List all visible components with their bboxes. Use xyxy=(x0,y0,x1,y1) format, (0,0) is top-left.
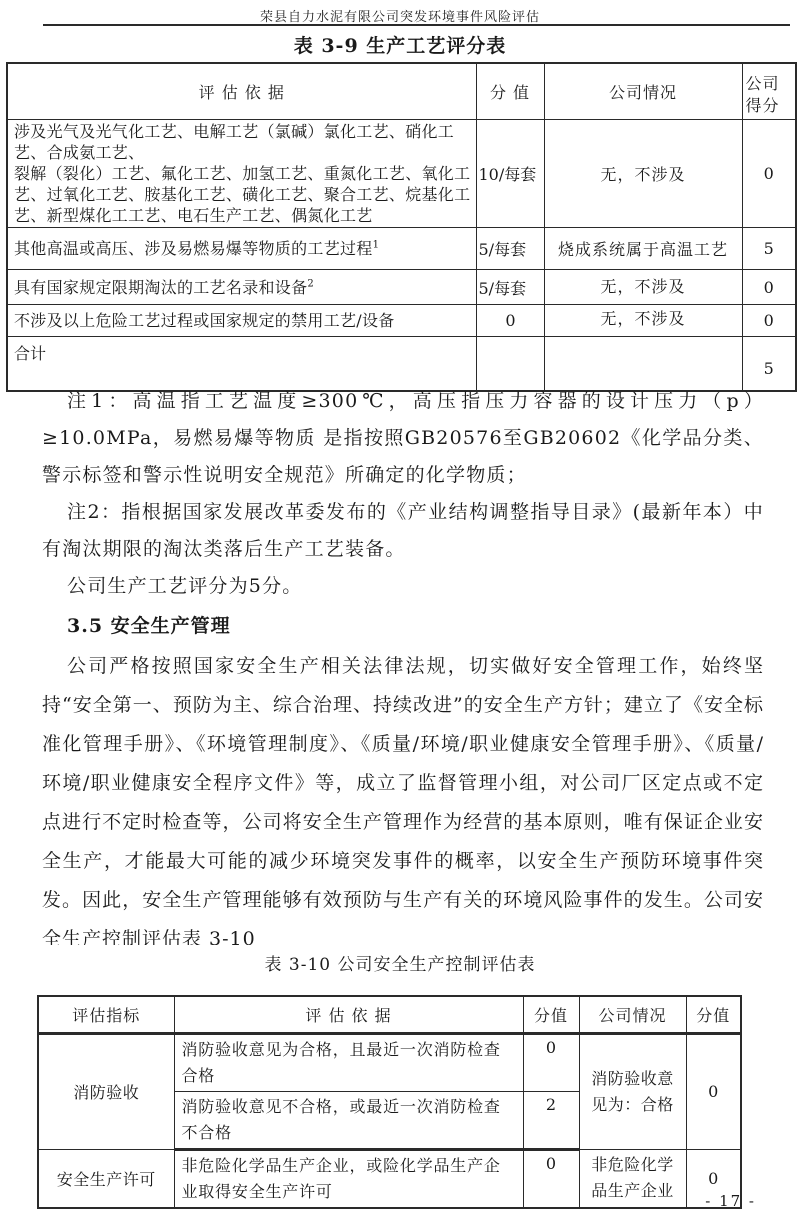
column-header-basis: 评 估 依 据 xyxy=(7,63,476,120)
cell-company: 烧成系统属于高温工艺 xyxy=(544,228,742,270)
cell-score: 2 xyxy=(523,1091,579,1149)
column-header-company: 公司情况 xyxy=(544,63,742,120)
column-header-basis: 评 估 依 据 xyxy=(174,996,523,1033)
cell-basis: 消防验收意见为合格，且最近一次消防检查合格 xyxy=(174,1033,523,1091)
cell-score: 0 xyxy=(476,305,544,337)
column-header-score: 分 值 xyxy=(476,63,544,120)
cell-score: 0 xyxy=(523,1149,579,1208)
body-paragraph: 公司严格按照国家安全生产相关法律法规，切实做好安全管理工作，始终坚持“安全第一、… xyxy=(42,647,764,945)
cell-basis: 其他高温或高压、涉及易燃易爆等物质的工艺过程1 xyxy=(7,228,476,270)
table-39-title: 表 3-9 生产工艺评分表 xyxy=(0,31,800,58)
cell-company-score: 0 xyxy=(742,120,796,228)
document-page: 荣县自力水泥有限公司突发环境事件风险评估 表 3-9 生产工艺评分表 评 估 依… xyxy=(0,0,800,1231)
page-number: - 17 - xyxy=(705,1192,756,1210)
document-header: 荣县自力水泥有限公司突发环境事件风险评估 xyxy=(0,6,800,25)
cell-company-score: 5 xyxy=(742,228,796,270)
cell-basis-text: 具有国家规定限期淘汰的工艺名录和设备 xyxy=(14,278,307,297)
cell-company: 消防验收意见为：合格 xyxy=(579,1033,686,1149)
column-header-score: 分值 xyxy=(523,996,579,1033)
section-heading: 3.5 安全生产管理 xyxy=(42,605,764,647)
header-divider xyxy=(43,24,790,26)
table-row: 其他高温或高压、涉及易燃易爆等物质的工艺过程1 5/每套 烧成系统属于高温工艺 … xyxy=(7,228,796,270)
column-header-company: 公司情况 xyxy=(579,996,686,1033)
table-row: 涉及光气及光气化工艺、电解工艺（氯碱）氯化工艺、硝化工艺、合成氨工艺、 裂解（裂… xyxy=(7,120,796,228)
score-summary: 公司生产工艺评分为5分。 xyxy=(42,568,764,605)
cell-company-score: 0 xyxy=(686,1033,741,1149)
cell-indicator: 安全生产许可 xyxy=(38,1149,174,1208)
table-310-title: 表 3-10 公司安全生产控制评估表 xyxy=(0,950,800,975)
text-block: 注1：高温指工艺温度≥300℃，高压指压力容器的设计压力（p）≥10.0MPa，… xyxy=(42,383,764,945)
table-39: 评 估 依 据 分 值 公司情况 公司得分 涉及光气及光气化工艺、电解工艺（氯碱… xyxy=(6,62,797,392)
cell-basis: 非危险化学品生产企业，或险化学品生产企业取得安全生产许可 xyxy=(174,1149,523,1208)
cell-score: 10/每套 xyxy=(476,120,544,228)
note-1: 注1：高温指工艺温度≥300℃，高压指压力容器的设计压力（p）≥10.0MPa，… xyxy=(42,383,764,494)
cell-company: 无，不涉及 xyxy=(544,270,742,305)
table-310: 评估指标 评 估 依 据 分值 公司情况 分值 消防验收 消防验收意见为合格，且… xyxy=(37,995,742,1209)
cell-basis-text: 其他高温或高压、涉及易燃易爆等物质的工艺过程 xyxy=(14,239,373,258)
table-row: 评 估 依 据 分 值 公司情况 公司得分 xyxy=(7,63,796,120)
cell-basis: 不涉及以上危险工艺过程或国家规定的禁用工艺/设备 xyxy=(7,305,476,337)
column-header-indicator: 评估指标 xyxy=(38,996,174,1033)
table-row: 消防验收 消防验收意见为合格，且最近一次消防检查合格 0 消防验收意见为：合格 … xyxy=(38,1033,741,1091)
table-row: 评估指标 评 估 依 据 分值 公司情况 分值 xyxy=(38,996,741,1033)
footnote-marker: 1 xyxy=(373,240,380,251)
column-header-company-score: 公司得分 xyxy=(742,63,796,120)
cell-indicator: 消防验收 xyxy=(38,1033,174,1149)
footnote-marker: 2 xyxy=(307,278,314,289)
table-row: 具有国家规定限期淘汰的工艺名录和设备2 5/每套 无，不涉及 0 xyxy=(7,270,796,305)
column-header-company-score: 分值 xyxy=(686,996,741,1033)
table-row: 安全生产许可 非危险化学品生产企业，或险化学品生产企业取得安全生产许可 0 非危… xyxy=(38,1149,741,1208)
cell-company: 无，不涉及 xyxy=(544,120,742,228)
table-row: 不涉及以上危险工艺过程或国家规定的禁用工艺/设备 0 无，不涉及 0 xyxy=(7,305,796,337)
cell-score: 5/每套 xyxy=(476,228,544,270)
note-2: 注2：指根据国家发展改革委发布的《产业结构调整指导目录》(最新年本）中有淘汰期限… xyxy=(42,494,764,568)
cell-basis: 消防验收意见不合格，或最近一次消防检查不合格 xyxy=(174,1091,523,1149)
cell-company: 非危险化学品生产企业 xyxy=(579,1149,686,1208)
cell-score: 5/每套 xyxy=(476,270,544,305)
cell-score: 0 xyxy=(523,1033,579,1091)
cell-company: 无，不涉及 xyxy=(544,305,742,337)
cell-company-score: 0 xyxy=(742,305,796,337)
cell-basis: 涉及光气及光气化工艺、电解工艺（氯碱）氯化工艺、硝化工艺、合成氨工艺、 裂解（裂… xyxy=(7,120,476,228)
cell-basis: 具有国家规定限期淘汰的工艺名录和设备2 xyxy=(7,270,476,305)
cell-company-score: 0 xyxy=(742,270,796,305)
